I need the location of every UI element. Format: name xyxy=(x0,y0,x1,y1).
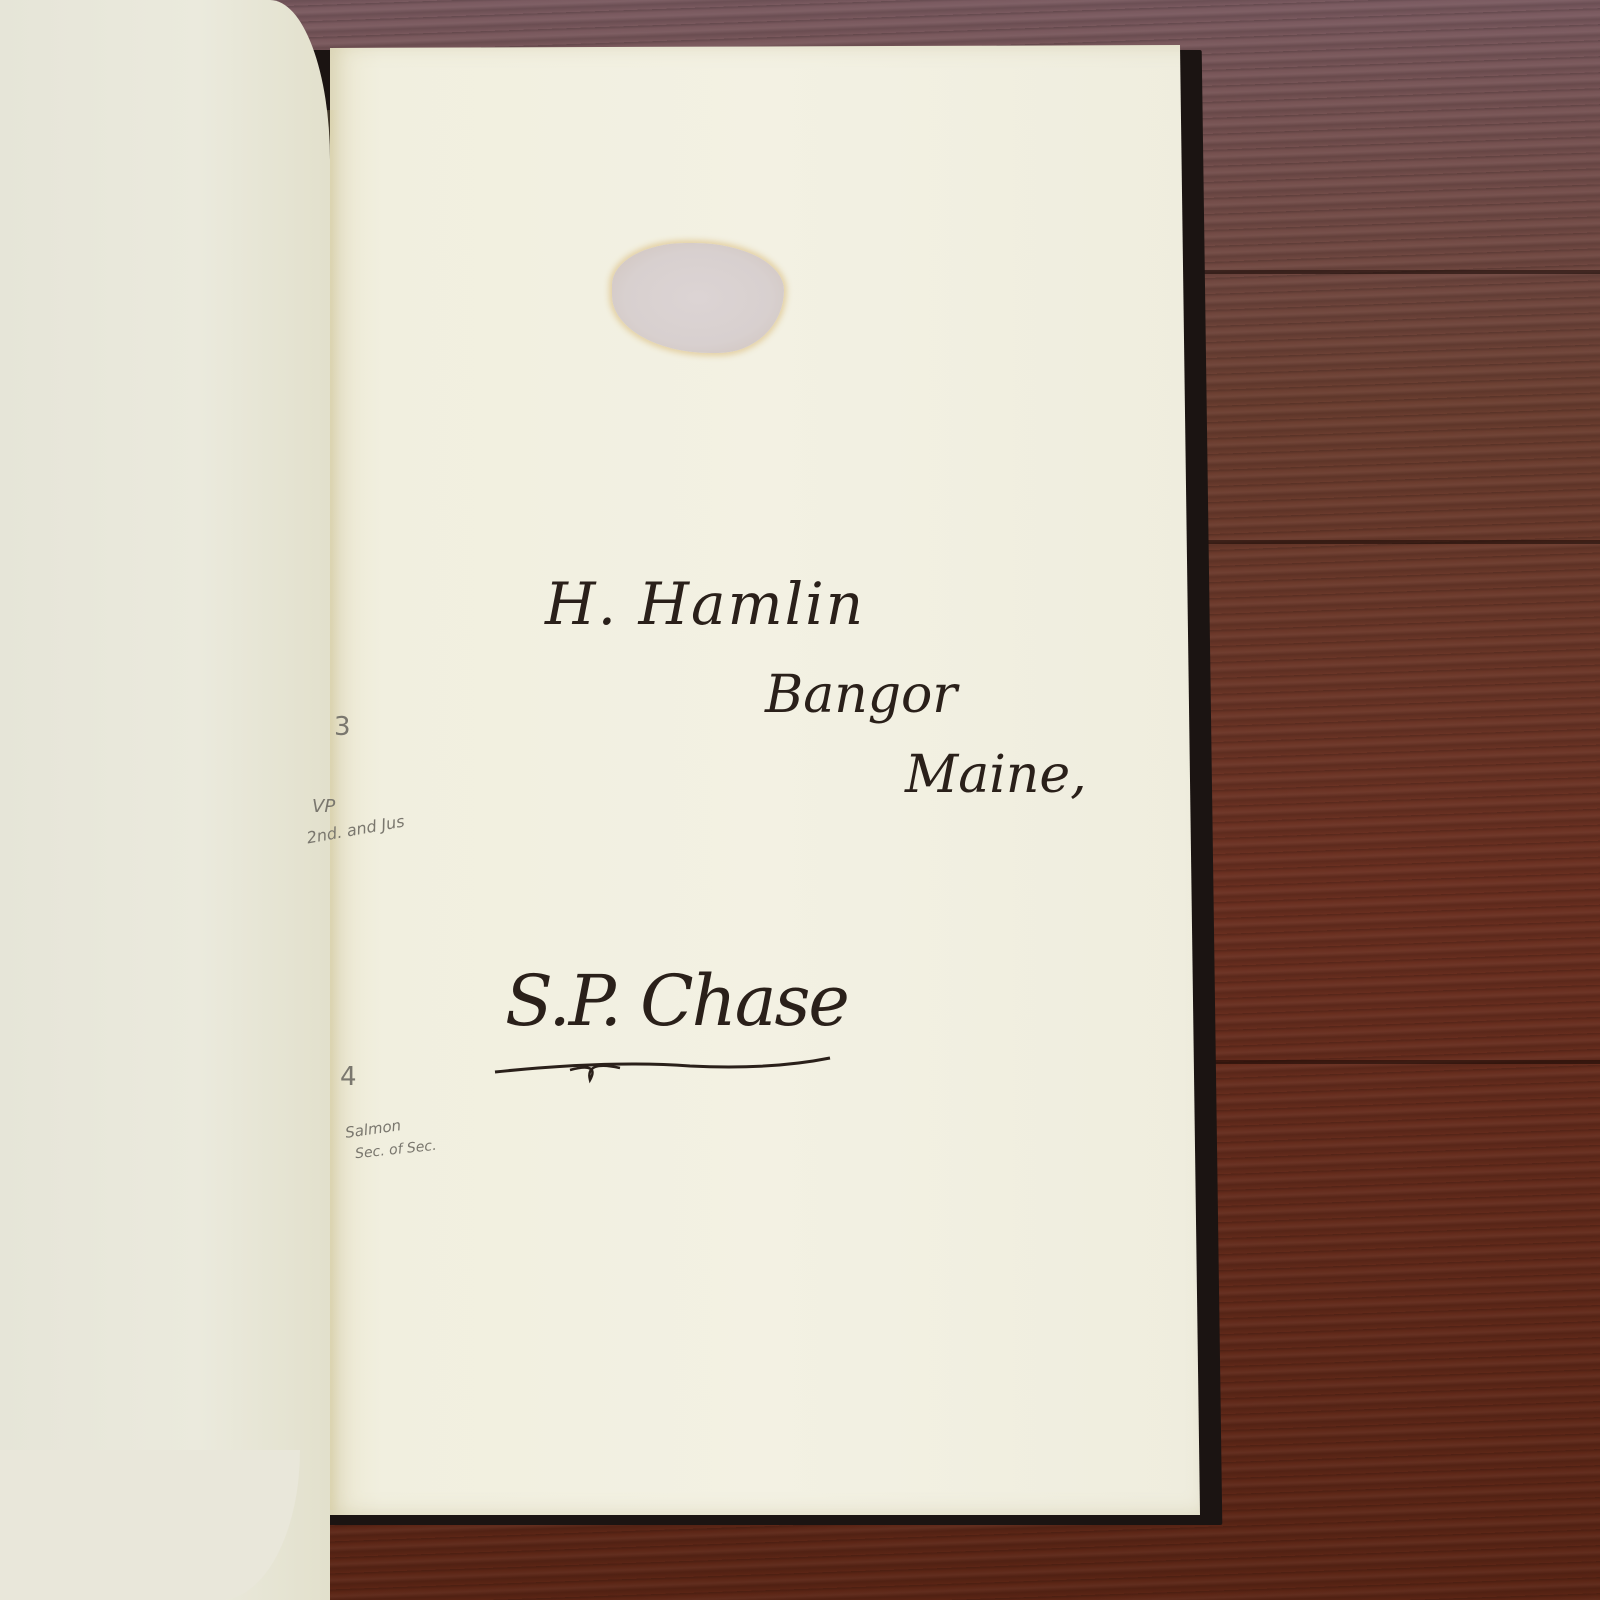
pencil-number-4: 4 xyxy=(340,1062,357,1092)
signature-state: Maine, xyxy=(905,745,1087,805)
pencil-number-3: 3 xyxy=(334,712,351,742)
signature-hamlin: H. Hamlin xyxy=(545,570,865,638)
left-page xyxy=(0,0,330,1600)
pencil-note: VP xyxy=(312,796,335,817)
signature-city: Bangor xyxy=(765,665,957,725)
plank-seam xyxy=(1190,540,1600,544)
signature-chase: S.P. Chase xyxy=(505,960,848,1042)
left-page-curl xyxy=(0,1450,300,1600)
plank-seam xyxy=(1190,1060,1600,1064)
plank-seam xyxy=(1190,270,1600,274)
signature-flourish xyxy=(490,1040,850,1090)
